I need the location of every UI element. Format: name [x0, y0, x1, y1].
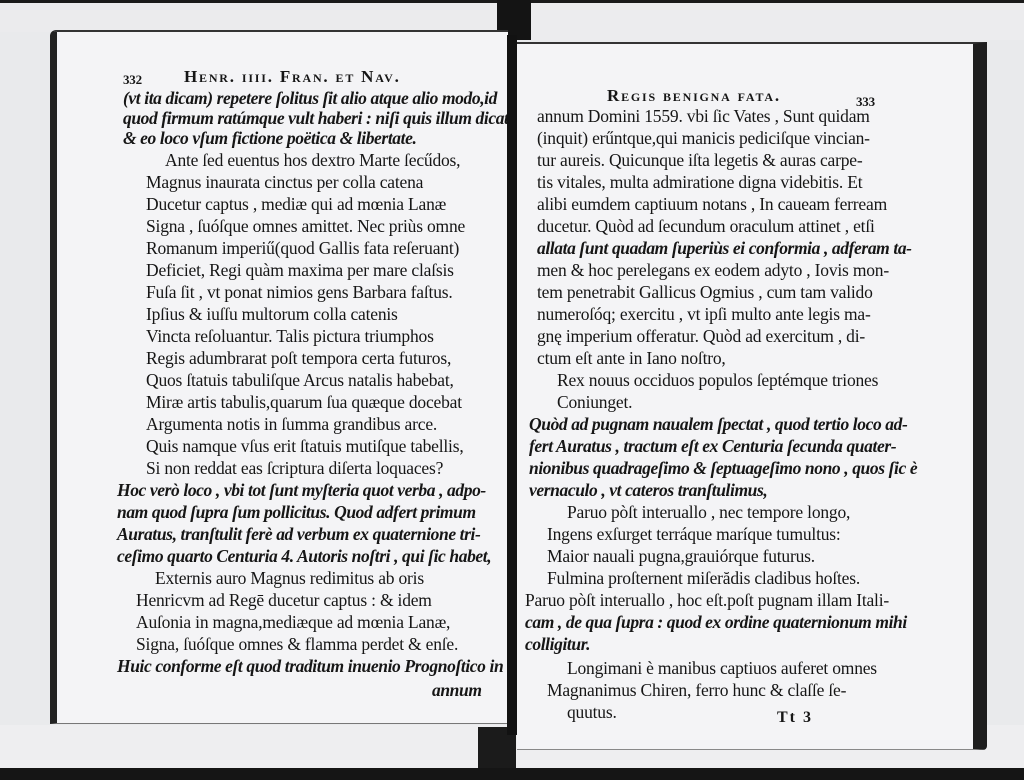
verse-line: Signa, ſuóſque omnes & flamma perdet & e…: [136, 634, 458, 654]
text-line: Quòd ad pugnam naualem ſpectat , quod te…: [529, 414, 907, 434]
frame-edge-bottom: [0, 768, 1024, 780]
verse-line: Ipſius & iuſſu multorum colla catenis: [146, 304, 398, 324]
text-line: Auratus, tranſtulit ferè ad verbum ex qu…: [117, 524, 480, 544]
verse-line: Romanum imperiű(quod Gallis fata reſerua…: [146, 238, 459, 258]
verse-line: Ingens exſurget terráque maríque tumultu…: [547, 524, 841, 544]
running-head: Regis benigna fata.: [607, 86, 781, 106]
verse-line: Ducetur captus , mediæ qui ad mœnia Lanæ: [146, 194, 446, 214]
verse-line: Ante ſed euentus hos dextro Marte ſecűdo…: [165, 150, 460, 170]
background-top-left: [0, 0, 500, 32]
verse-line: Henricvm ad Regē ducetur captus : & idem: [136, 590, 432, 610]
page-number: 332: [123, 70, 142, 90]
right-page: Regis benigna fata. 333 annum Domini 155…: [517, 42, 987, 750]
text-line: alibi eumdem captiuum notans , In caueam…: [537, 194, 887, 214]
verse-line: Quos ſtatuis tabuliſque Arcus natalis ha…: [146, 370, 454, 390]
verse-line: Auſonia in magna,mediæque ad mœnia Lanæ,: [136, 612, 450, 632]
verse-line: Quis namque vſus erit ſtatuis mutiſque t…: [146, 436, 464, 456]
text-line: fert Auratus , tractum eſt ex Centuria ſ…: [529, 436, 896, 456]
left-page: 332 Henr. iiii. Fran. et Nav. (vt ita di…: [50, 30, 508, 724]
text-line: annum Domini 1559. vbi ſic Vates , Sunt …: [537, 106, 870, 126]
verse-line: Externis auro Magnus redimitus ab oris: [155, 568, 424, 588]
text-line: colligitur.: [525, 634, 590, 654]
text-line: nionibus quadrageſimo & ſeptuageſimo non…: [529, 458, 917, 478]
background-top-right: [530, 0, 1024, 40]
verse-line: Rex nouus occiduos populos ſeptémque tri…: [557, 370, 878, 390]
verse-line: Vincta reſoluantur. Talis pictura triump…: [146, 326, 434, 346]
text-line: tis vitales, multa admiratione digna vid…: [537, 172, 862, 192]
text-line: Hoc verò loco , vbi tot ſunt myſteria qu…: [117, 480, 486, 500]
text-line: numeroſóq; exercitu , vt ipſi multo ante…: [537, 304, 871, 324]
verse-line: Fulmina proſternent miſerădis cladibus h…: [547, 568, 860, 588]
text-line: ceſimo quarto Centuria 4. Autoris noſtri…: [117, 546, 491, 566]
text-line: tem penetrabit Gallicus Ogmius , cum tam…: [537, 282, 873, 302]
verse-line: Fuſa ſit , vt ponat nimios gens Barbara …: [146, 282, 453, 302]
text-line: cam , de qua ſupra : quod ex ordine quat…: [525, 612, 907, 632]
verse-line: quutus.: [567, 702, 617, 722]
signature-mark: Tt 3: [777, 708, 813, 728]
text-line: Huic conforme eſt quod traditum inuenio …: [117, 656, 503, 676]
verse-line: Si non reddat eas ſcriptura diſerta loqu…: [146, 458, 443, 478]
verse-line: Maior nauali pugna,grauiórque futurus.: [547, 546, 815, 566]
text-line: vernaculo , vt cateros tranſtulimus,: [529, 480, 767, 500]
text-line: ducetur. Quòd ad ſecundum oraculum attin…: [537, 216, 875, 236]
text-line: allata ſunt quadam ſuperiùs ei conformia…: [537, 238, 912, 258]
verse-line: Signa , ſuóſque omnes amittet. Nec priùs…: [146, 216, 465, 236]
book-gutter: [507, 35, 517, 735]
running-head: Henr. iiii. Fran. et Nav.: [184, 67, 401, 87]
verse-line: Coniunget.: [557, 392, 632, 412]
text-line: ctum eſt ante in Iano noſtro,: [537, 348, 726, 368]
verse-line: Magnanimus Chiren, ferro hunc & claſſe ſ…: [547, 680, 846, 700]
text-line: (inquit) erűntque,qui manicis pediciſque…: [537, 128, 870, 148]
text-line: tur aureis. Quicunque iſta legetis & aur…: [537, 150, 863, 170]
verse-line: Regis adumbrarat poſt tempora certa futu…: [146, 348, 451, 368]
verse-line: Argumenta notis in ſumma grandibus arce.: [146, 414, 437, 434]
text-line: nam quod ſupra ſum pollicitus. Quod adfe…: [117, 502, 476, 522]
text-line: Paruo pòſt interuallo , hoc eſt.poſt pug…: [525, 590, 889, 610]
verse-line: Longimani è manibus captiuos auferet omn…: [567, 658, 877, 678]
verse-line: Deficiet, Regi quàm maxima per mare claſ…: [146, 260, 454, 280]
text-line: men & hoc perelegans ex eodem adyto , Io…: [537, 260, 889, 280]
text-line: quod firmum ratúmque vult haberi : niſi …: [123, 108, 509, 128]
verse-line: Paruo pòſt interuallo , nec tempore long…: [567, 502, 850, 522]
text-line: gnę imperium offeratur. Quòd ad exercitu…: [537, 326, 865, 346]
text-line: & eo loco vſum fictione poëtica & libert…: [123, 128, 416, 148]
verse-line: Magnus inaurata cinctus per colla catena: [146, 172, 423, 192]
catchword: annum: [432, 680, 482, 700]
verse-line: Miræ artis tabulis,quarum ſua quæque doc…: [146, 392, 462, 412]
text-line: (vt ita dicam) repetere ſolitus ſit alio…: [123, 88, 497, 108]
